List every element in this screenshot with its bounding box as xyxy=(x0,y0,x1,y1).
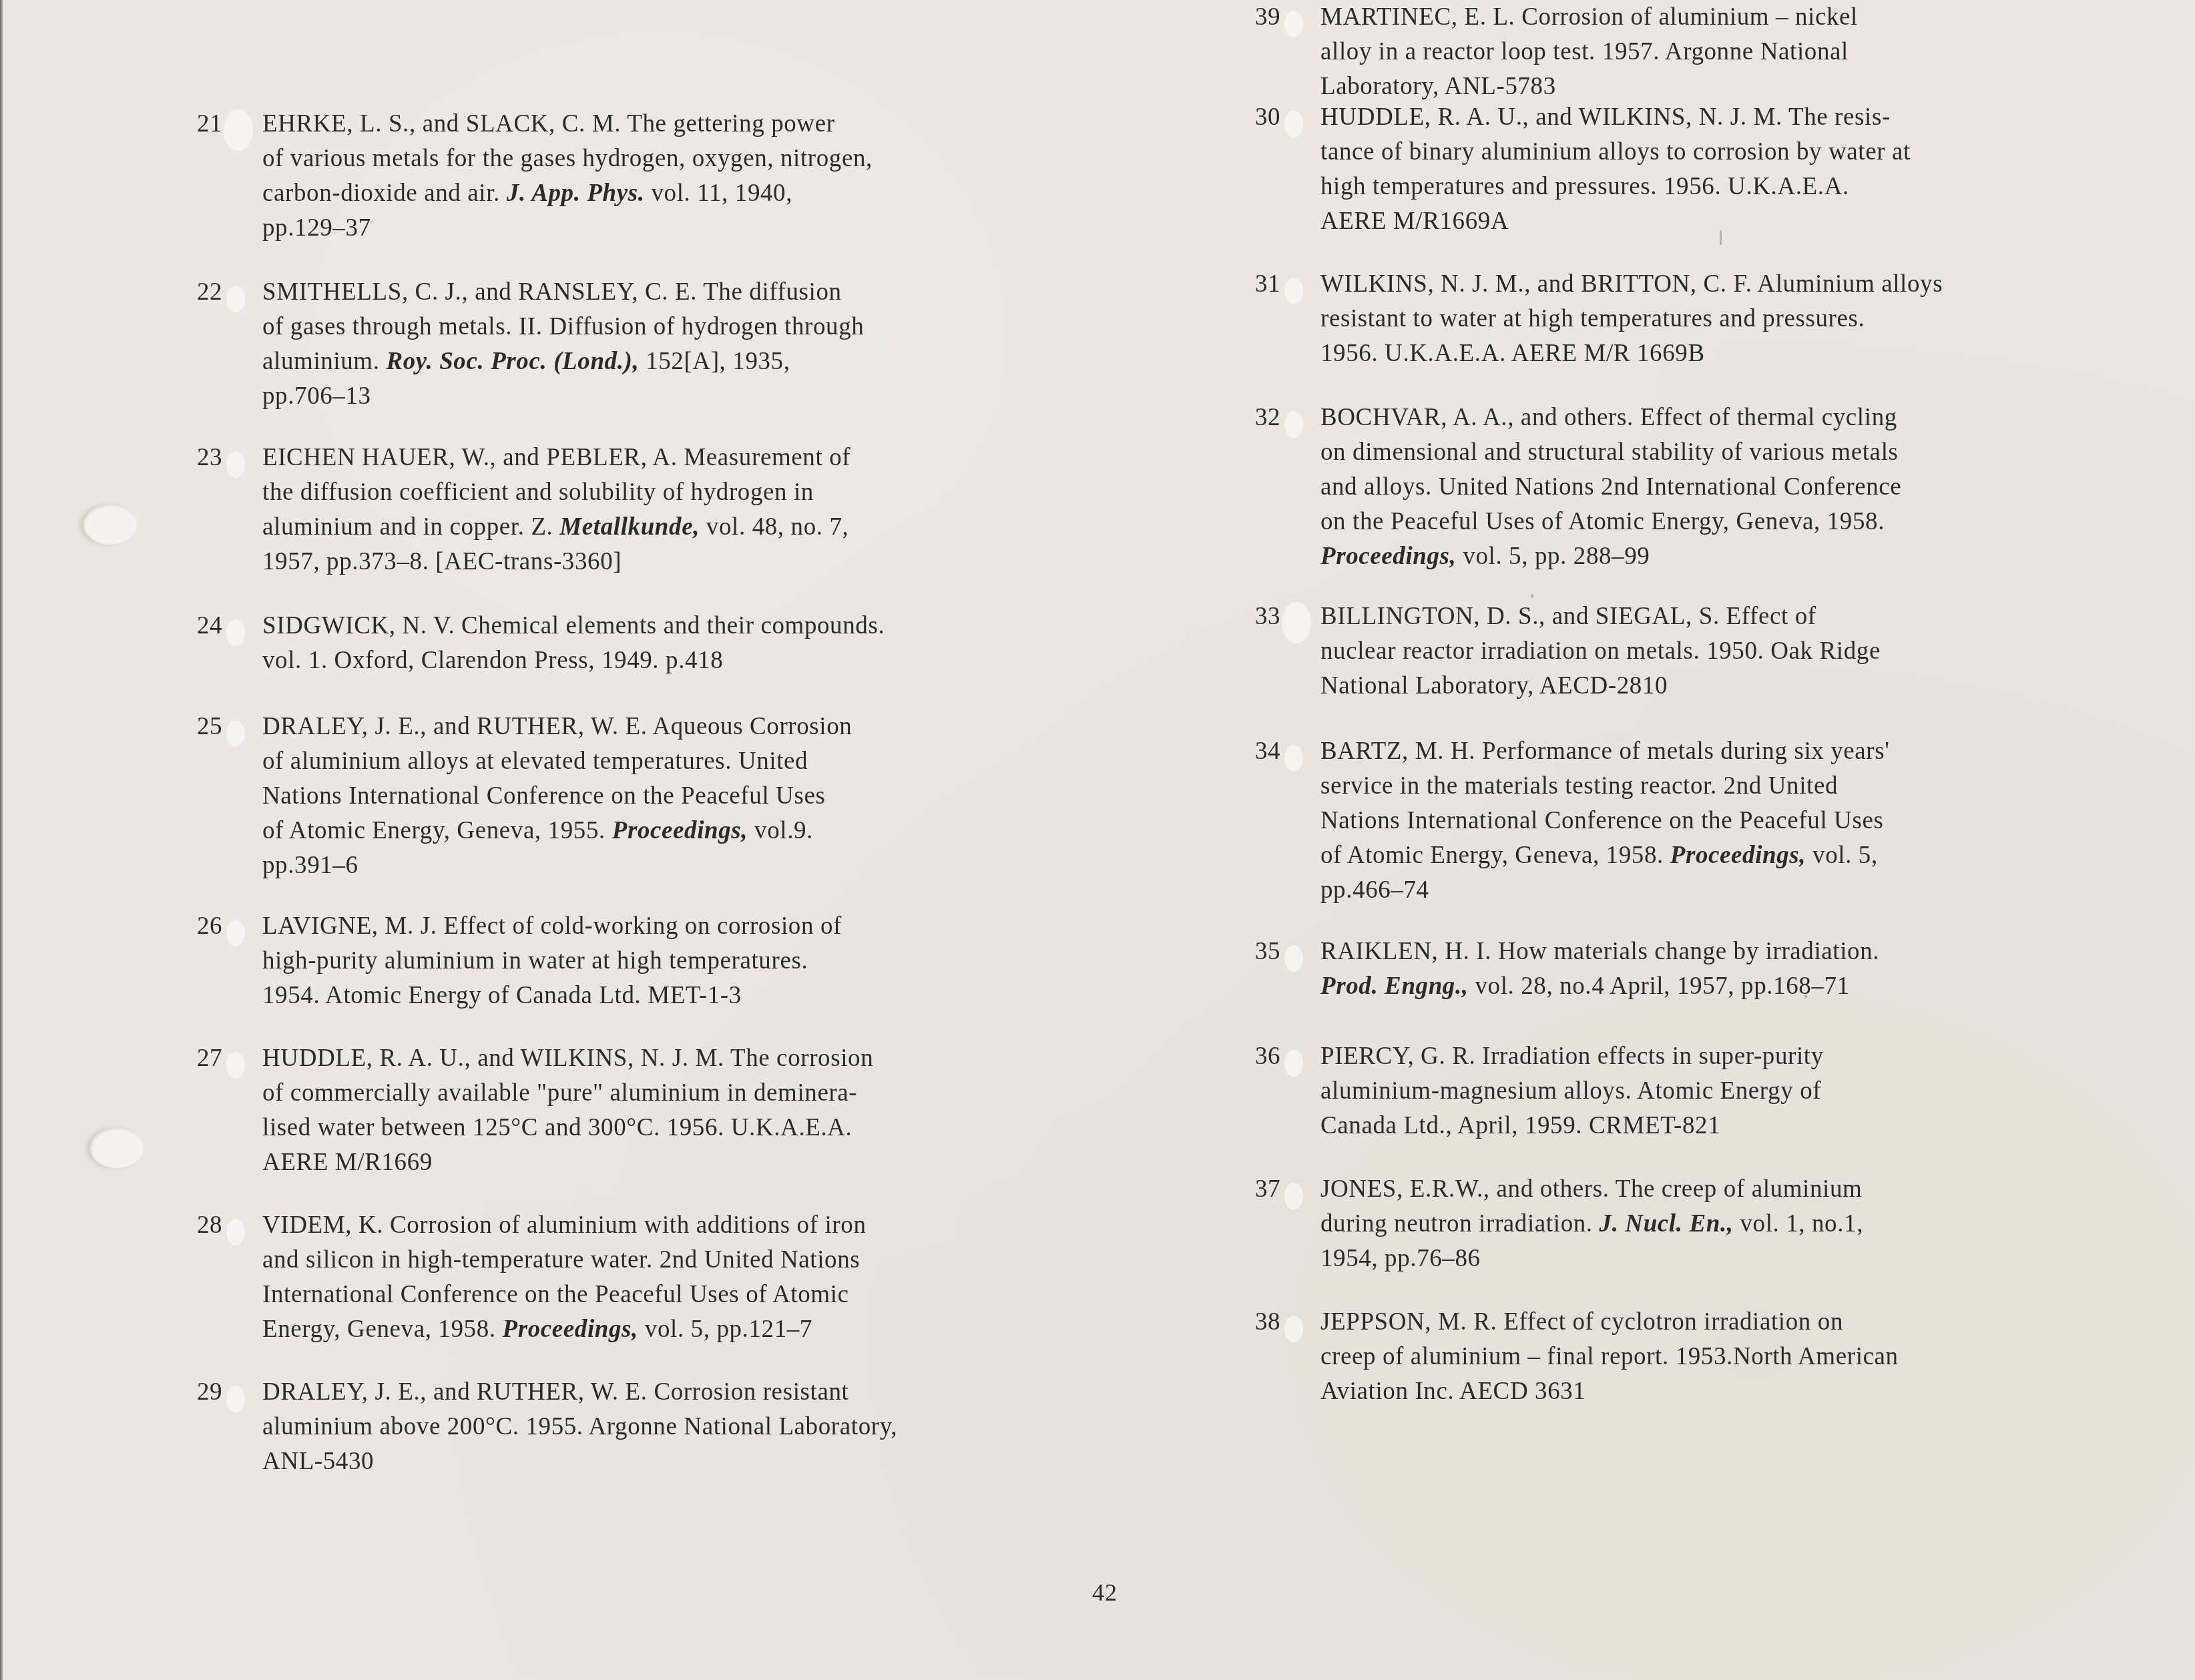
citation-text: carbon-dioxide and air. xyxy=(262,180,507,207)
correction-fluid-mark xyxy=(1282,602,1311,643)
reference-citation: SIDGWICK, N. V. Chemical elements and th… xyxy=(262,609,1063,678)
correction-fluid-mark xyxy=(1284,278,1303,304)
reference-citation: DRALEY, J. E., and RUTHER, W. E. Corrosi… xyxy=(262,1375,1063,1479)
citation-text: HUDDLE, R. A. U., and WILKINS, N. J. M. … xyxy=(1320,103,1891,131)
correction-fluid-mark xyxy=(226,1052,245,1079)
reference-citation: LAVIGNE, M. J. Effect of cold-working on… xyxy=(262,909,1063,1013)
citation-line: Nations International Conference on the … xyxy=(1320,804,2122,838)
citation-text: of gases through metals. II. Diffusion o… xyxy=(262,313,864,340)
citation-line: Laboratory, ANL-5783 xyxy=(1320,69,2122,104)
citation-line: the diffusion coefficient and solubility… xyxy=(262,475,1063,510)
citation-text: EICHEN HAUER, W., and PEBLER, A. Measure… xyxy=(262,444,850,471)
citation-line: of Atomic Energy, Geneva, 1958. Proceedi… xyxy=(1320,838,2122,873)
citation-line: HUDDLE, R. A. U., and WILKINS, N. J. M. … xyxy=(1320,100,2122,135)
citation-text: vol. 1, no.1, xyxy=(1734,1210,1863,1237)
reference-citation: PIERCY, G. R. Irradiation effects in sup… xyxy=(1320,1039,2122,1143)
citation-line: EHRKE, L. S., and SLACK, C. M. The gette… xyxy=(262,107,1063,142)
citation-line: AERE M/R1669A xyxy=(1320,204,2122,239)
citation-line: service in the materials testing reactor… xyxy=(1320,769,2122,804)
citation-text: WILKINS, N. J. M., and BRITTON, C. F. Al… xyxy=(1320,270,1943,298)
citation-line: aluminium. Roy. Soc. Proc. (Lond.), 152[… xyxy=(262,344,1063,379)
citation-text: on the Peaceful Uses of Atomic Energy, G… xyxy=(1320,508,1885,535)
citation-text: RAIKLEN, H. I. How materials change by i… xyxy=(1320,938,1879,965)
reference-citation: VIDEM, K. Corrosion of aluminium with ad… xyxy=(262,1208,1063,1347)
reference-citation: HUDDLE, R. A. U., and WILKINS, N. J. M. … xyxy=(1320,100,2122,239)
reference-citation: MARTINEC, E. L. Corrosion of aluminium –… xyxy=(1320,0,2122,104)
citation-line: on dimensional and structural stability … xyxy=(1320,435,2122,470)
citation-text: BILLINGTON, D. S., and SIEGAL, S. Effect… xyxy=(1320,603,1816,630)
citation-line: aluminium above 200°C. 1955. Argonne Nat… xyxy=(262,1410,1063,1444)
citation-line: SIDGWICK, N. V. Chemical elements and th… xyxy=(262,609,1063,643)
citation-text: alloy in a reactor loop test. 1957. Argo… xyxy=(1320,38,1849,65)
citation-text: AERE M/R1669A xyxy=(1320,208,1509,235)
paper-mark xyxy=(1531,594,1533,598)
correction-fluid-mark xyxy=(226,1386,245,1412)
citation-line: lised water between 125°C and 300°C. 195… xyxy=(262,1111,1063,1145)
citation-line: of Atomic Energy, Geneva, 1955. Proceedi… xyxy=(262,814,1063,848)
reference-citation: BOCHVAR, A. A., and others. Effect of th… xyxy=(1320,400,2122,574)
citation-text: of various metals for the gases hydrogen… xyxy=(262,145,873,172)
reference-citation: HUDDLE, R. A. U., and WILKINS, N. J. M. … xyxy=(262,1041,1063,1180)
citation-text: 1956. U.K.A.E.A. AERE M/R 1669B xyxy=(1320,340,1705,367)
citation-text: DRALEY, J. E., and RUTHER, W. E. Aqueous… xyxy=(262,713,852,740)
citation-line: DRALEY, J. E., and RUTHER, W. E. Corrosi… xyxy=(262,1375,1063,1410)
citation-text: vol.9. xyxy=(748,817,813,844)
citation-line: creep of aluminium – final report. 1953.… xyxy=(1320,1340,2122,1374)
citation-line: Prod. Engng., vol. 28, no.4 April, 1957,… xyxy=(1320,969,2122,1004)
citation-text: MARTINEC, E. L. Corrosion of aluminium –… xyxy=(1320,3,1858,31)
citation-text: Aviation Inc. AECD 3631 xyxy=(1320,1378,1586,1405)
citation-text: Laboratory, ANL-5783 xyxy=(1320,73,1556,100)
correction-fluid-mark xyxy=(1284,1050,1303,1077)
citation-text: vol. 48, no. 7, xyxy=(700,513,848,541)
correction-fluid-mark xyxy=(1284,411,1303,438)
citation-line: and silicon in high-temperature water. 2… xyxy=(262,1243,1063,1278)
reference-citation: BILLINGTON, D. S., and SIEGAL, S. Effect… xyxy=(1320,599,2122,704)
citation-line: BILLINGTON, D. S., and SIEGAL, S. Effect… xyxy=(1320,599,2122,634)
citation-text: AERE M/R1669 xyxy=(262,1149,433,1176)
citation-text: and silicon in high-temperature water. 2… xyxy=(262,1246,860,1274)
citation-text: 1954. Atomic Energy of Canada Ltd. MET-1… xyxy=(262,982,742,1009)
punch-hole xyxy=(90,1128,144,1168)
citation-line: nuclear reactor irradiation on metals. 1… xyxy=(1320,634,2122,669)
citation-text: Energy, Geneva, 1958. xyxy=(262,1316,502,1343)
journal-title: Proceedings, xyxy=(502,1316,638,1343)
citation-line: on the Peaceful Uses of Atomic Energy, G… xyxy=(1320,505,2122,539)
citation-text: of Atomic Energy, Geneva, 1955. xyxy=(262,817,612,844)
correction-fluid-mark xyxy=(226,1219,245,1245)
citation-text: SMITHELLS, C. J., and RANSLEY, C. E. The… xyxy=(262,278,842,306)
citation-line: vol. 1. Oxford, Clarendon Press, 1949. p… xyxy=(262,643,1063,678)
journal-title: J. App. Phys. xyxy=(507,180,645,207)
reference-citation: JEPPSON, M. R. Effect of cyclotron irrad… xyxy=(1320,1305,2122,1409)
citation-text: EHRKE, L. S., and SLACK, C. M. The gette… xyxy=(262,110,835,137)
citation-text: aluminium. xyxy=(262,348,386,375)
citation-line: resistant to water at high temperatures … xyxy=(1320,302,2122,336)
citation-line: Proceedings, vol. 5, pp. 288–99 xyxy=(1320,539,2122,574)
citation-line: National Laboratory, AECD-2810 xyxy=(1320,669,2122,704)
citation-line: EICHEN HAUER, W., and PEBLER, A. Measure… xyxy=(262,441,1063,475)
citation-line: LAVIGNE, M. J. Effect of cold-working on… xyxy=(262,909,1063,944)
citation-text: ANL-5430 xyxy=(262,1448,374,1475)
reference-citation: BARTZ, M. H. Performance of metals durin… xyxy=(1320,734,2122,908)
citation-text: vol. 5, xyxy=(1806,842,1878,869)
citation-line: carbon-dioxide and air. J. App. Phys. vo… xyxy=(262,176,1063,211)
citation-line: DRALEY, J. E., and RUTHER, W. E. Aqueous… xyxy=(262,710,1063,744)
correction-fluid-mark xyxy=(1284,11,1303,37)
correction-fluid-mark xyxy=(226,920,245,946)
reference-citation: EICHEN HAUER, W., and PEBLER, A. Measure… xyxy=(262,441,1063,579)
correction-fluid-mark xyxy=(226,720,245,747)
citation-text: JEPPSON, M. R. Effect of cyclotron irrad… xyxy=(1320,1308,1843,1336)
citation-line: pp.391–6 xyxy=(262,848,1063,883)
citation-text: HUDDLE, R. A. U., and WILKINS, N. J. M. … xyxy=(262,1045,873,1072)
citation-text: National Laboratory, AECD-2810 xyxy=(1320,672,1668,699)
journal-title: Proceedings, xyxy=(1320,543,1456,570)
reference-citation: RAIKLEN, H. I. How materials change by i… xyxy=(1320,934,2122,1004)
citation-line: VIDEM, K. Corrosion of aluminium with ad… xyxy=(262,1208,1063,1243)
reference-citation: DRALEY, J. E., and RUTHER, W. E. Aqueous… xyxy=(262,710,1063,883)
document-page: 21EHRKE, L. S., and SLACK, C. M. The get… xyxy=(0,0,2195,1680)
journal-title: J. Nucl. En., xyxy=(1600,1210,1734,1237)
citation-line: Canada Ltd., April, 1959. CRMET-821 xyxy=(1320,1109,2122,1143)
citation-text: lised water between 125°C and 300°C. 195… xyxy=(262,1114,852,1141)
reference-citation: WILKINS, N. J. M., and BRITTON, C. F. Al… xyxy=(1320,267,2122,371)
citation-text: high temperatures and pressures. 1956. U… xyxy=(1320,173,1849,200)
citation-text: vol. 5, pp. 288–99 xyxy=(1456,543,1650,570)
citation-text: aluminium-magnesium alloys. Atomic Energ… xyxy=(1320,1077,1821,1105)
page-number: 42 xyxy=(1092,1579,1118,1607)
reference-citation: SMITHELLS, C. J., and RANSLEY, C. E. The… xyxy=(262,275,1063,414)
citation-line: 1956. U.K.A.E.A. AERE M/R 1669B xyxy=(1320,336,2122,371)
correction-fluid-mark xyxy=(1284,111,1303,137)
citation-text: SIDGWICK, N. V. Chemical elements and th… xyxy=(262,612,885,639)
citation-line: high temperatures and pressures. 1956. U… xyxy=(1320,170,2122,204)
citation-text: service in the materials testing reactor… xyxy=(1320,772,1838,800)
citation-line: aluminium and in copper. Z. Metallkunde,… xyxy=(262,510,1063,545)
citation-line: of various metals for the gases hydrogen… xyxy=(262,142,1063,176)
citation-text: of aluminium alloys at elevated temperat… xyxy=(262,748,808,775)
citation-line: MARTINEC, E. L. Corrosion of aluminium –… xyxy=(1320,0,2122,35)
citation-text: pp.391–6 xyxy=(262,852,358,879)
citation-line: and alloys. United Nations 2nd Internati… xyxy=(1320,470,2122,505)
citation-line: AERE M/R1669 xyxy=(262,1145,1063,1180)
citation-line: 1954. Atomic Energy of Canada Ltd. MET-1… xyxy=(262,978,1063,1013)
citation-text: BARTZ, M. H. Performance of metals durin… xyxy=(1320,738,1890,765)
reference-citation: JONES, E.R.W., and others. The creep of … xyxy=(1320,1172,2122,1276)
correction-fluid-mark xyxy=(1284,745,1303,772)
citation-line: aluminium-magnesium alloys. Atomic Energ… xyxy=(1320,1074,2122,1109)
citation-text: aluminium above 200°C. 1955. Argonne Nat… xyxy=(262,1413,897,1440)
citation-text: Canada Ltd., April, 1959. CRMET-821 xyxy=(1320,1112,1720,1139)
citation-line: JONES, E.R.W., and others. The creep of … xyxy=(1320,1172,2122,1207)
journal-title: Proceedings, xyxy=(1670,842,1806,869)
citation-line: pp.129–37 xyxy=(262,211,1063,246)
correction-fluid-mark xyxy=(226,451,245,478)
citation-text: pp.129–37 xyxy=(262,214,371,242)
citation-line: during neutron irradiation. J. Nucl. En.… xyxy=(1320,1207,2122,1241)
citation-line: HUDDLE, R. A. U., and WILKINS, N. J. M. … xyxy=(262,1041,1063,1076)
journal-title: Roy. Soc. Proc. (Lond.), xyxy=(386,348,639,375)
citation-text: 152[A], 1935, xyxy=(639,348,790,375)
citation-line: of gases through metals. II. Diffusion o… xyxy=(262,310,1063,344)
citation-line: of aluminium alloys at elevated temperat… xyxy=(262,744,1063,779)
citation-text: Nations International Conference on the … xyxy=(262,782,825,810)
citation-line: ANL-5430 xyxy=(262,1444,1063,1479)
citation-text: 1954, pp.76–86 xyxy=(1320,1245,1481,1272)
citation-text: vol. 28, no.4 April, 1957, pp.168–71 xyxy=(1469,972,1850,1000)
citation-text: VIDEM, K. Corrosion of aluminium with ad… xyxy=(262,1211,867,1239)
citation-line: BARTZ, M. H. Performance of metals durin… xyxy=(1320,734,2122,769)
citation-text: 1957, pp.373–8. [AEC-trans-3360] xyxy=(262,548,622,575)
journal-title: Metallkunde, xyxy=(559,513,700,541)
citation-text: creep of aluminium – final report. 1953.… xyxy=(1320,1343,1899,1370)
reference-citation: EHRKE, L. S., and SLACK, C. M. The gette… xyxy=(262,107,1063,246)
correction-fluid-mark xyxy=(1284,1183,1303,1209)
citation-line: Nations International Conference on the … xyxy=(262,779,1063,814)
citation-text: of Atomic Energy, Geneva, 1958. xyxy=(1320,842,1670,869)
citation-line: of commercially available "pure" alumini… xyxy=(262,1076,1063,1111)
citation-line: SMITHELLS, C. J., and RANSLEY, C. E. The… xyxy=(262,275,1063,310)
citation-line: tance of binary aluminium alloys to corr… xyxy=(1320,135,2122,170)
citation-text: on dimensional and structural stability … xyxy=(1320,439,1899,466)
citation-text: during neutron irradiation. xyxy=(1320,1210,1600,1237)
citation-text: pp.466–74 xyxy=(1320,876,1429,904)
citation-text: high-purity aluminium in water at high t… xyxy=(262,947,808,974)
correction-fluid-mark xyxy=(1284,945,1303,972)
citation-text: BOCHVAR, A. A., and others. Effect of th… xyxy=(1320,404,1897,431)
page-edge xyxy=(0,0,3,1680)
citation-line: pp.466–74 xyxy=(1320,873,2122,908)
citation-text: vol. 5, pp.121–7 xyxy=(638,1316,812,1343)
citation-text: the diffusion coefficient and solubility… xyxy=(262,479,814,506)
citation-line: RAIKLEN, H. I. How materials change by i… xyxy=(1320,934,2122,969)
citation-line: high-purity aluminium in water at high t… xyxy=(262,944,1063,978)
citation-text: pp.706–13 xyxy=(262,382,371,410)
citation-line: pp.706–13 xyxy=(262,379,1063,414)
citation-line: PIERCY, G. R. Irradiation effects in sup… xyxy=(1320,1039,2122,1074)
citation-text: and alloys. United Nations 2nd Internati… xyxy=(1320,473,1901,501)
citation-text: nuclear reactor irradiation on metals. 1… xyxy=(1320,637,1881,665)
citation-line: WILKINS, N. J. M., and BRITTON, C. F. Al… xyxy=(1320,267,2122,302)
citation-line: JEPPSON, M. R. Effect of cyclotron irrad… xyxy=(1320,1305,2122,1340)
correction-fluid-mark xyxy=(226,286,245,312)
journal-title: Proceedings, xyxy=(612,817,748,844)
citation-text: International Conference on the Peaceful… xyxy=(262,1281,849,1308)
citation-text: PIERCY, G. R. Irradiation effects in sup… xyxy=(1320,1043,1824,1070)
citation-line: Energy, Geneva, 1958. Proceedings, vol. … xyxy=(262,1312,1063,1347)
correction-fluid-mark xyxy=(1284,1316,1303,1342)
punch-hole xyxy=(83,505,137,545)
citation-line: 1954, pp.76–86 xyxy=(1320,1241,2122,1276)
citation-text: DRALEY, J. E., and RUTHER, W. E. Corrosi… xyxy=(262,1378,848,1406)
journal-title: Prod. Engng., xyxy=(1320,972,1469,1000)
citation-text: vol. 11, 1940, xyxy=(645,180,792,207)
citation-text: resistant to water at high temperatures … xyxy=(1320,305,1865,332)
citation-line: BOCHVAR, A. A., and others. Effect of th… xyxy=(1320,400,2122,435)
citation-text: aluminium and in copper. Z. xyxy=(262,513,559,541)
correction-fluid-mark xyxy=(226,619,245,646)
citation-line: 1957, pp.373–8. [AEC-trans-3360] xyxy=(262,545,1063,579)
citation-text: of commercially available "pure" alumini… xyxy=(262,1079,857,1107)
citation-line: International Conference on the Peaceful… xyxy=(262,1278,1063,1312)
citation-text: tance of binary aluminium alloys to corr… xyxy=(1320,138,1911,166)
citation-line: alloy in a reactor loop test. 1957. Argo… xyxy=(1320,35,2122,69)
citation-text: JONES, E.R.W., and others. The creep of … xyxy=(1320,1175,1862,1203)
citation-text: Nations International Conference on the … xyxy=(1320,807,1883,834)
citation-text: LAVIGNE, M. J. Effect of cold-working on… xyxy=(262,912,842,940)
citation-text: vol. 1. Oxford, Clarendon Press, 1949. p… xyxy=(262,647,723,674)
citation-line: Aviation Inc. AECD 3631 xyxy=(1320,1374,2122,1409)
correction-fluid-mark xyxy=(224,109,253,151)
